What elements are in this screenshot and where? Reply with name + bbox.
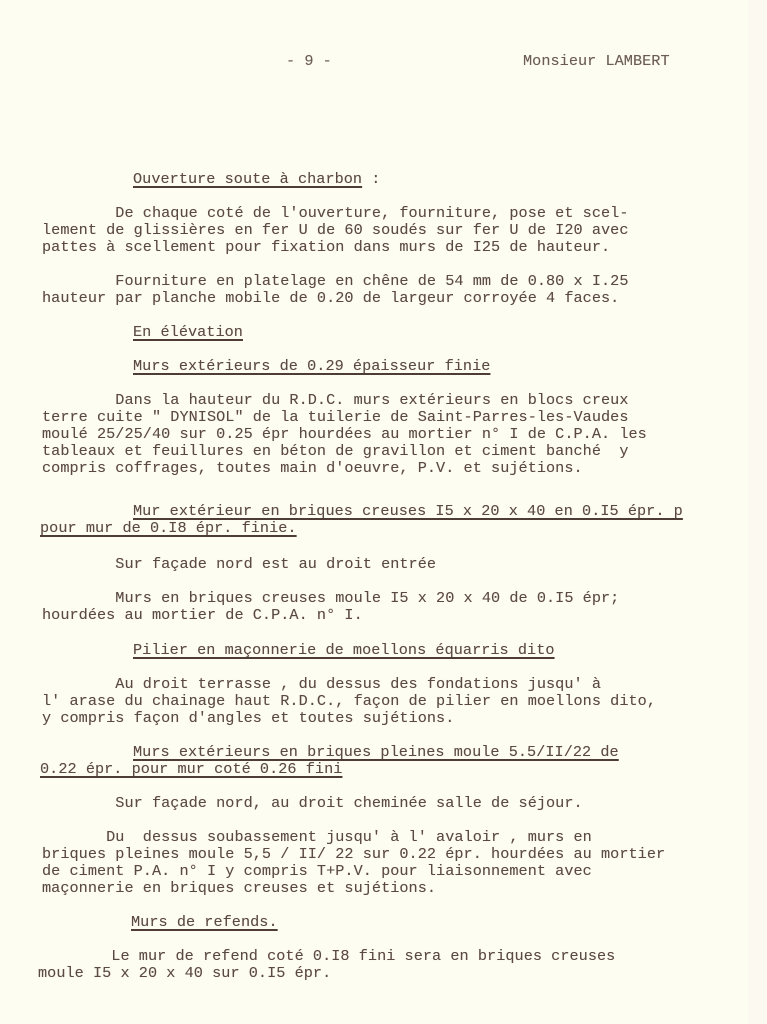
heading-text: Mur extérieur en briques creuses I5 x 20… xyxy=(133,502,683,520)
section-heading-pillar: Pilier en maçonnerie de moellons équarri… xyxy=(133,642,555,659)
section-heading-coal-bunker: Ouverture soute à charbon : xyxy=(133,171,380,188)
text-line: l' arase du chainage haut R.D.C., façon … xyxy=(42,693,656,710)
text-line: Fourniture en platelage en chêne de 54 m… xyxy=(42,273,629,290)
heading-text: Murs extérieurs en briques pleines moule… xyxy=(133,743,619,761)
text-line: maçonnerie en briques creuses et sujétio… xyxy=(42,880,436,897)
heading-text: Murs de refends. xyxy=(131,913,278,931)
heading-suffix: : xyxy=(362,170,380,188)
paragraph-north-facade-entry: Sur façade nord est au droit entrée xyxy=(42,556,436,573)
heading-text: Ouverture soute à charbon xyxy=(133,170,362,188)
text-line: hauteur par planche mobile de 0.20 de la… xyxy=(42,290,619,307)
text-line: Au droit terrasse , du dessus des fondat… xyxy=(42,676,601,693)
text-line: Du dessus soubassement jusqu' à l' avalo… xyxy=(42,829,592,846)
heading-line: pour mur de 0.I8 épr. finie. xyxy=(40,520,297,537)
heading-line: Mur extérieur en briques creuses I5 x 20… xyxy=(133,503,683,520)
text-line: briques pleines moule 5,5 / II/ 22 sur 0… xyxy=(42,846,665,863)
section-heading-elevation: En élévation xyxy=(133,324,243,341)
text-line: compris coffrages, toutes main d'oeuvre,… xyxy=(42,460,583,477)
text-line: Dans la hauteur du R.D.C. murs extérieur… xyxy=(42,392,629,409)
paragraph-north-facade-fireplace: Sur façade nord, au droit cheminée salle… xyxy=(42,795,583,812)
heading-text: Pilier en maçonnerie de moellons équarri… xyxy=(133,641,555,659)
text-line: Le mur de refend coté 0.I8 fini sera en … xyxy=(38,948,615,965)
heading-text: En élévation xyxy=(133,323,243,341)
page-number: - 9 - xyxy=(286,53,332,70)
text-line: y compris façon d'angles et toutes sujét… xyxy=(42,710,454,727)
text-line: terre cuite " DYNISOL" de la tuilerie de… xyxy=(42,409,629,426)
section-heading-partition-walls: Murs de refends. xyxy=(131,914,278,931)
heading-text: pour mur de 0.I8 épr. finie. xyxy=(40,519,297,537)
text-line: hourdées au mortier de C.P.A. n° I. xyxy=(42,607,363,624)
text-line: lement de glissières en fer U de 60 soud… xyxy=(42,222,629,239)
page-edge xyxy=(748,0,767,1024)
addressee: Monsieur LAMBERT xyxy=(523,53,670,70)
text-line: pattes à scellement pour fixation dans m… xyxy=(42,239,610,256)
text-line: De chaque coté de l'ouverture, fournitur… xyxy=(42,205,629,222)
heading-text: 0.22 épr. pour mur coté 0.26 fini xyxy=(40,760,342,778)
section-heading-exterior-walls-029: Murs extérieurs de 0.29 épaisseur finie xyxy=(133,358,490,375)
text-line: Murs en briques creuses moule I5 x 20 x … xyxy=(42,590,619,607)
heading-line: Murs extérieurs en briques pleines moule… xyxy=(133,744,619,761)
text-line: de ciment P.A. n° I y compris T+P.V. pou… xyxy=(42,863,592,880)
text-line: moule I5 x 20 x 40 sur 0.I5 épr. xyxy=(38,965,331,982)
text-line: tableaux et feuillures en béton de gravi… xyxy=(42,443,629,460)
text-line: moulé 25/25/40 sur 0.25 épr hourdées au … xyxy=(42,426,647,443)
heading-text: Murs extérieurs de 0.29 épaisseur finie xyxy=(133,357,490,375)
heading-line: 0.22 épr. pour mur coté 0.26 fini xyxy=(40,761,342,778)
